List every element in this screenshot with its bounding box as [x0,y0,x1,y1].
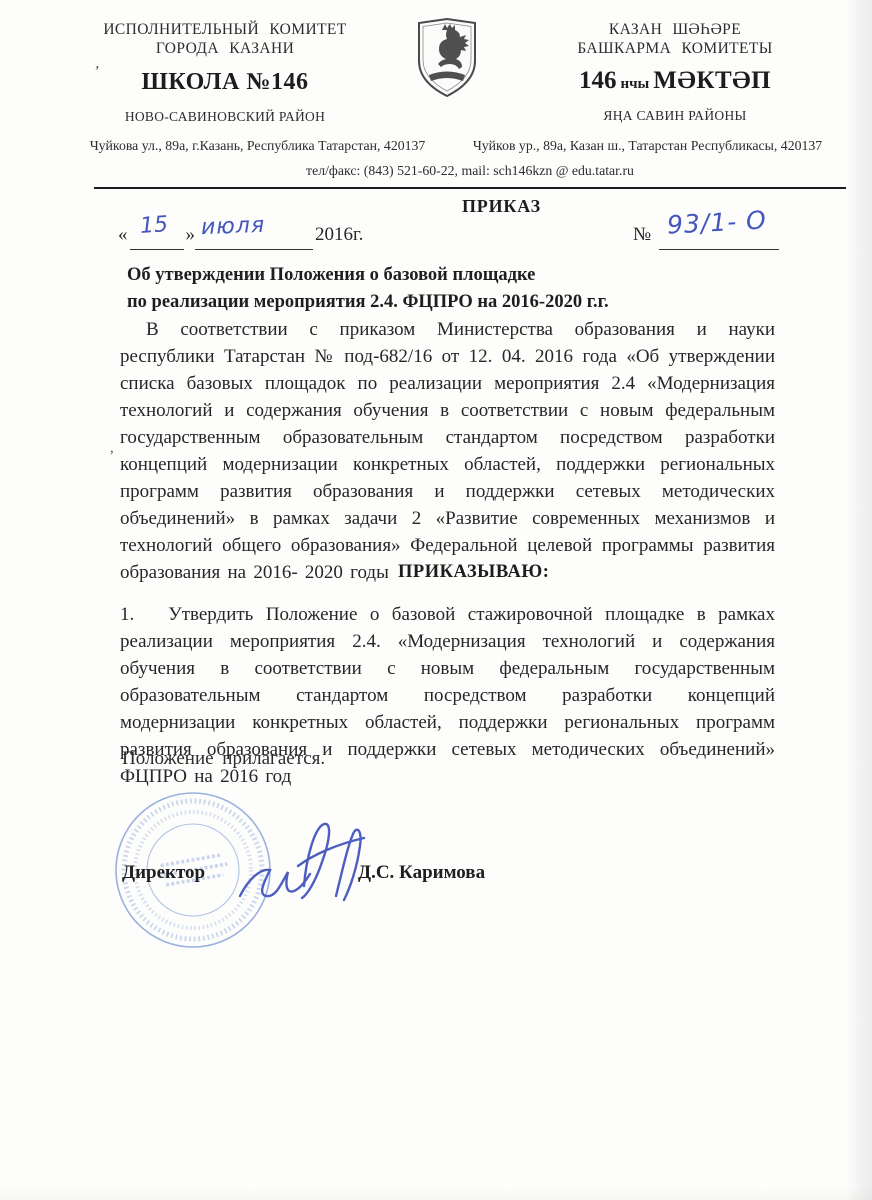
order-subject: Об утверждении Положения о базовой площа… [127,262,727,316]
order-year: 2016г. [315,220,363,250]
signer-role: Директор [122,862,205,884]
district-tatar: ЯҢА САВИН РАЙОНЫ [518,108,832,124]
number-sign: № [633,220,651,250]
address-russian: Чуйкова ул., 89а, г.Казань, Республика Т… [60,138,455,154]
contact-address-row: Чуйкова ул., 89а, г.Казань, Республика Т… [60,138,840,154]
order-number-group: №93/1- О [633,220,779,250]
month-underline: июля [195,220,313,250]
school-word-tatar: МӘКТӘП [653,67,771,94]
school-number-tatar: 146 [579,67,617,94]
handwritten-day: 15 [139,212,169,239]
district-russian: НОВО-САВИНОВСКИЙ РАЙОН [55,109,395,125]
org-name-tat-line1: КАЗАН ШӘҺӘРЕ [518,20,832,39]
school-name-russian: ШКОЛА №146 [55,69,395,96]
item-number: 1. [120,604,134,625]
handwritten-month: июля [201,213,266,240]
address-tatar: Чуйков ур., 89а, Казан ш., Татарстан Рес… [455,138,840,154]
org-name-tat-line2: БАШКАРМА КОМИТЕТЫ [518,39,832,58]
letterhead-russian: ИСПОЛНИТЕЛЬНЫЙ КОМИТЕТ ГОРОДА КАЗАНИ ШКО… [55,20,395,125]
order-subject-line1: Об утверждении Положения о базовой площа… [127,262,727,289]
letterhead-tatar: КАЗАН ШӘҺӘРЕ БАШКАРМА КОМИТЕТЫ 146 нчы М… [518,20,832,124]
phone-email-line: тел/факс: (843) 521-60-22, mail: sch146k… [68,163,872,179]
signer-name: Д.С. Каримова [358,862,485,884]
resolution-heading: ПРИКАЗЫВАЮ: [398,562,549,583]
school-name-tatar: 146 нчы МӘКТӘП [518,67,832,95]
attachment-note: Положение прилагается. [122,748,325,770]
org-name-line1: ИСПОЛНИТЕЛЬНЫЙ КОМИТЕТ [55,20,395,39]
close-quote: » [186,220,196,250]
school-ordinal-tatar: нчы [620,76,649,92]
order-date-number-row: «15»июля2016г. №93/1- О [118,220,798,254]
scan-edge-shadow-bottom [0,1188,872,1200]
scan-artifact-mark: , [110,440,114,457]
open-quote: « [118,220,128,250]
kazan-coat-of-arms-icon [414,16,480,102]
order-title: ПРИКАЗ [462,196,541,217]
order-subject-line2: по реализации мероприятия 2.4. ФЦПРО на … [127,289,727,316]
day-underline: 15 [130,220,184,250]
number-underline: 93/1- О [659,220,779,250]
scanned-order-document: ИСПОЛНИТЕЛЬНЫЙ КОМИТЕТ ГОРОДА КАЗАНИ ШКО… [0,0,872,1200]
order-preamble-paragraph: В соответствии с приказом Министерства о… [120,316,775,586]
scan-edge-shadow-right [846,0,872,1200]
handwritten-order-number: 93/1- О [666,205,767,239]
org-name-line2: ГОРОДА КАЗАНИ [55,39,395,58]
letterhead-divider-line [94,187,846,189]
